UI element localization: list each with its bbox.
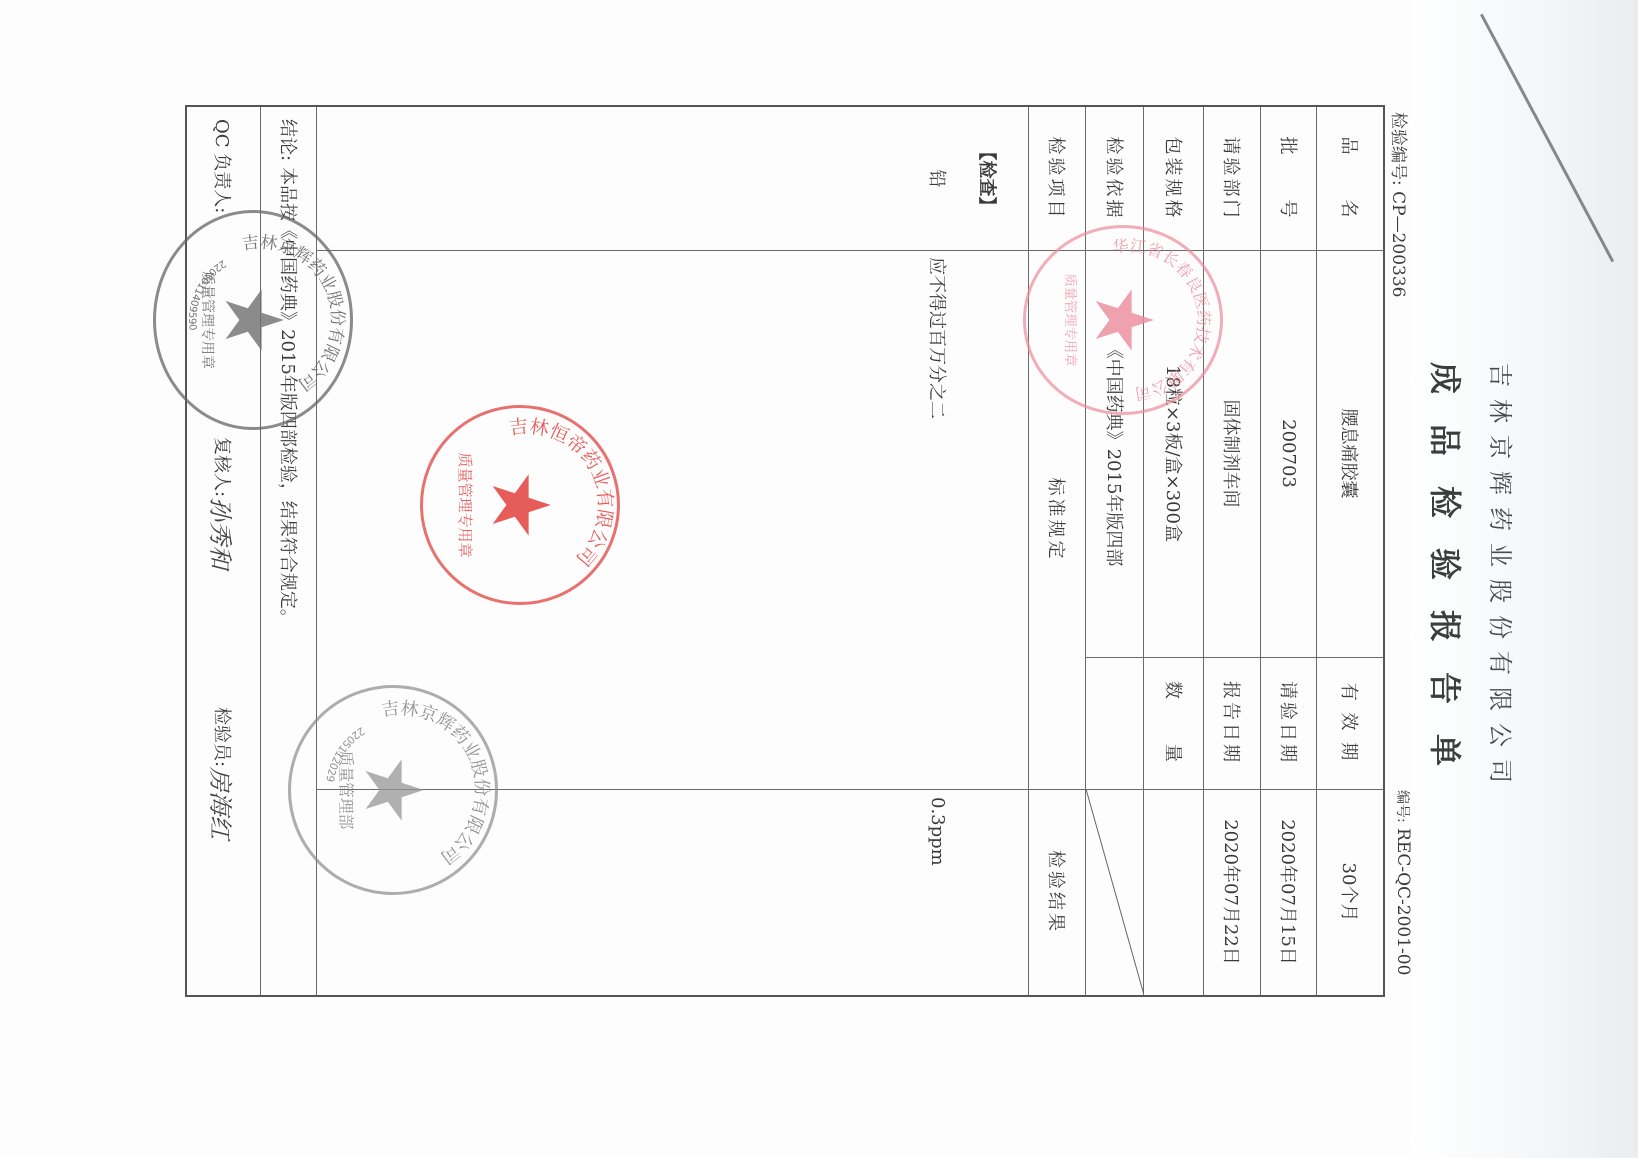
inspection-number-value: CP—200336: [1388, 191, 1408, 297]
qc-manager-label: QC 负责人:: [210, 119, 236, 213]
reviewer: 复核人: 孙秀和: [185, 437, 261, 657]
svg-text:质量管理专用章: 质量管理专用章: [1062, 273, 1079, 366]
gray-stamp-2: ★ 吉林京辉药业股份有限公司 质量管理专用章 2205011409590: [153, 210, 353, 430]
form-number-value: REC-QC-2001-00: [1393, 828, 1413, 975]
column-header-result: 检验结果: [1029, 789, 1086, 995]
form-number-label: 编号:: [1394, 790, 1410, 823]
batch-number-value: 200703: [1261, 250, 1317, 657]
report-date-value: 2020年07月22日: [1204, 789, 1261, 995]
report-date-label: 报告日期: [1204, 657, 1261, 789]
company-name: 吉林京辉药业股份有限公司: [1485, 0, 1520, 1158]
quantity-value: [1144, 789, 1204, 995]
test-item-lead: 铅: [923, 107, 953, 250]
validity-label: 有 效 期: [1317, 657, 1383, 789]
request-date-value: 2020年07月15日: [1261, 789, 1317, 995]
gray-stamp-1: ★ 吉林京辉药业股份有限公司 质量管理部 2205112029: [288, 685, 498, 895]
svg-text:质量管理专用章: 质量管理专用章: [456, 452, 474, 557]
red-stamp-2: ★ 华江省长春良医药技术有限公司 质量管理专用章: [1023, 225, 1223, 415]
quantity-label: 数 量: [1144, 657, 1204, 789]
test-result-lead: 0.3ppm: [923, 797, 953, 897]
inspector-signature: 房海红: [206, 767, 241, 839]
inspector-label: 检验员:: [210, 707, 236, 767]
inspection-number: 检验编号: CP—200336: [1388, 112, 1413, 297]
red-stamp-1: ★ 吉林恒帝药业有限公司 质量管理专用章: [420, 405, 620, 605]
inspection-report-page: 吉林京辉药业股份有限公司 成品检验报告单 检验编号: CP—200336 编号:…: [0, 0, 1638, 1158]
test-standard-lead: 应不得过百万分之二: [923, 257, 953, 497]
reviewer-signature: 孙秀和: [206, 497, 241, 569]
test-section-label: 【检查】: [973, 107, 1003, 250]
product-name-value: 腰息痛胶囊: [1317, 250, 1383, 657]
reviewer-label: 复核人:: [210, 437, 236, 497]
svg-text:吉林京辉药业股份有限公司: 吉林京辉药业股份有限公司: [380, 698, 492, 868]
report-title: 成品检验报告单: [1424, 0, 1470, 1158]
form-number: 编号: REC-QC-2001-00: [1393, 790, 1413, 975]
request-date-label: 请验日期: [1261, 657, 1317, 789]
svg-text:吉林京辉药业股份有限公司: 吉林京辉药业股份有限公司: [241, 233, 347, 394]
validity-value: 30个月: [1317, 789, 1383, 995]
inspection-number-label: 检验编号:: [1388, 112, 1408, 186]
quantity-empty-diagonal: [1086, 789, 1144, 995]
svg-text:华江省长春良医药技术有限公司: 华江省长春良医药技术有限公司: [1111, 236, 1213, 403]
inspector: 检验员: 房海红: [185, 707, 261, 947]
svg-text:吉林恒帝药业有限公司: 吉林恒帝药业有限公司: [508, 415, 616, 570]
batch-number-label: 批 号: [1261, 107, 1317, 250]
product-name-label: 品 名: [1317, 107, 1383, 250]
conclusion-label: 结论:: [276, 119, 302, 161]
